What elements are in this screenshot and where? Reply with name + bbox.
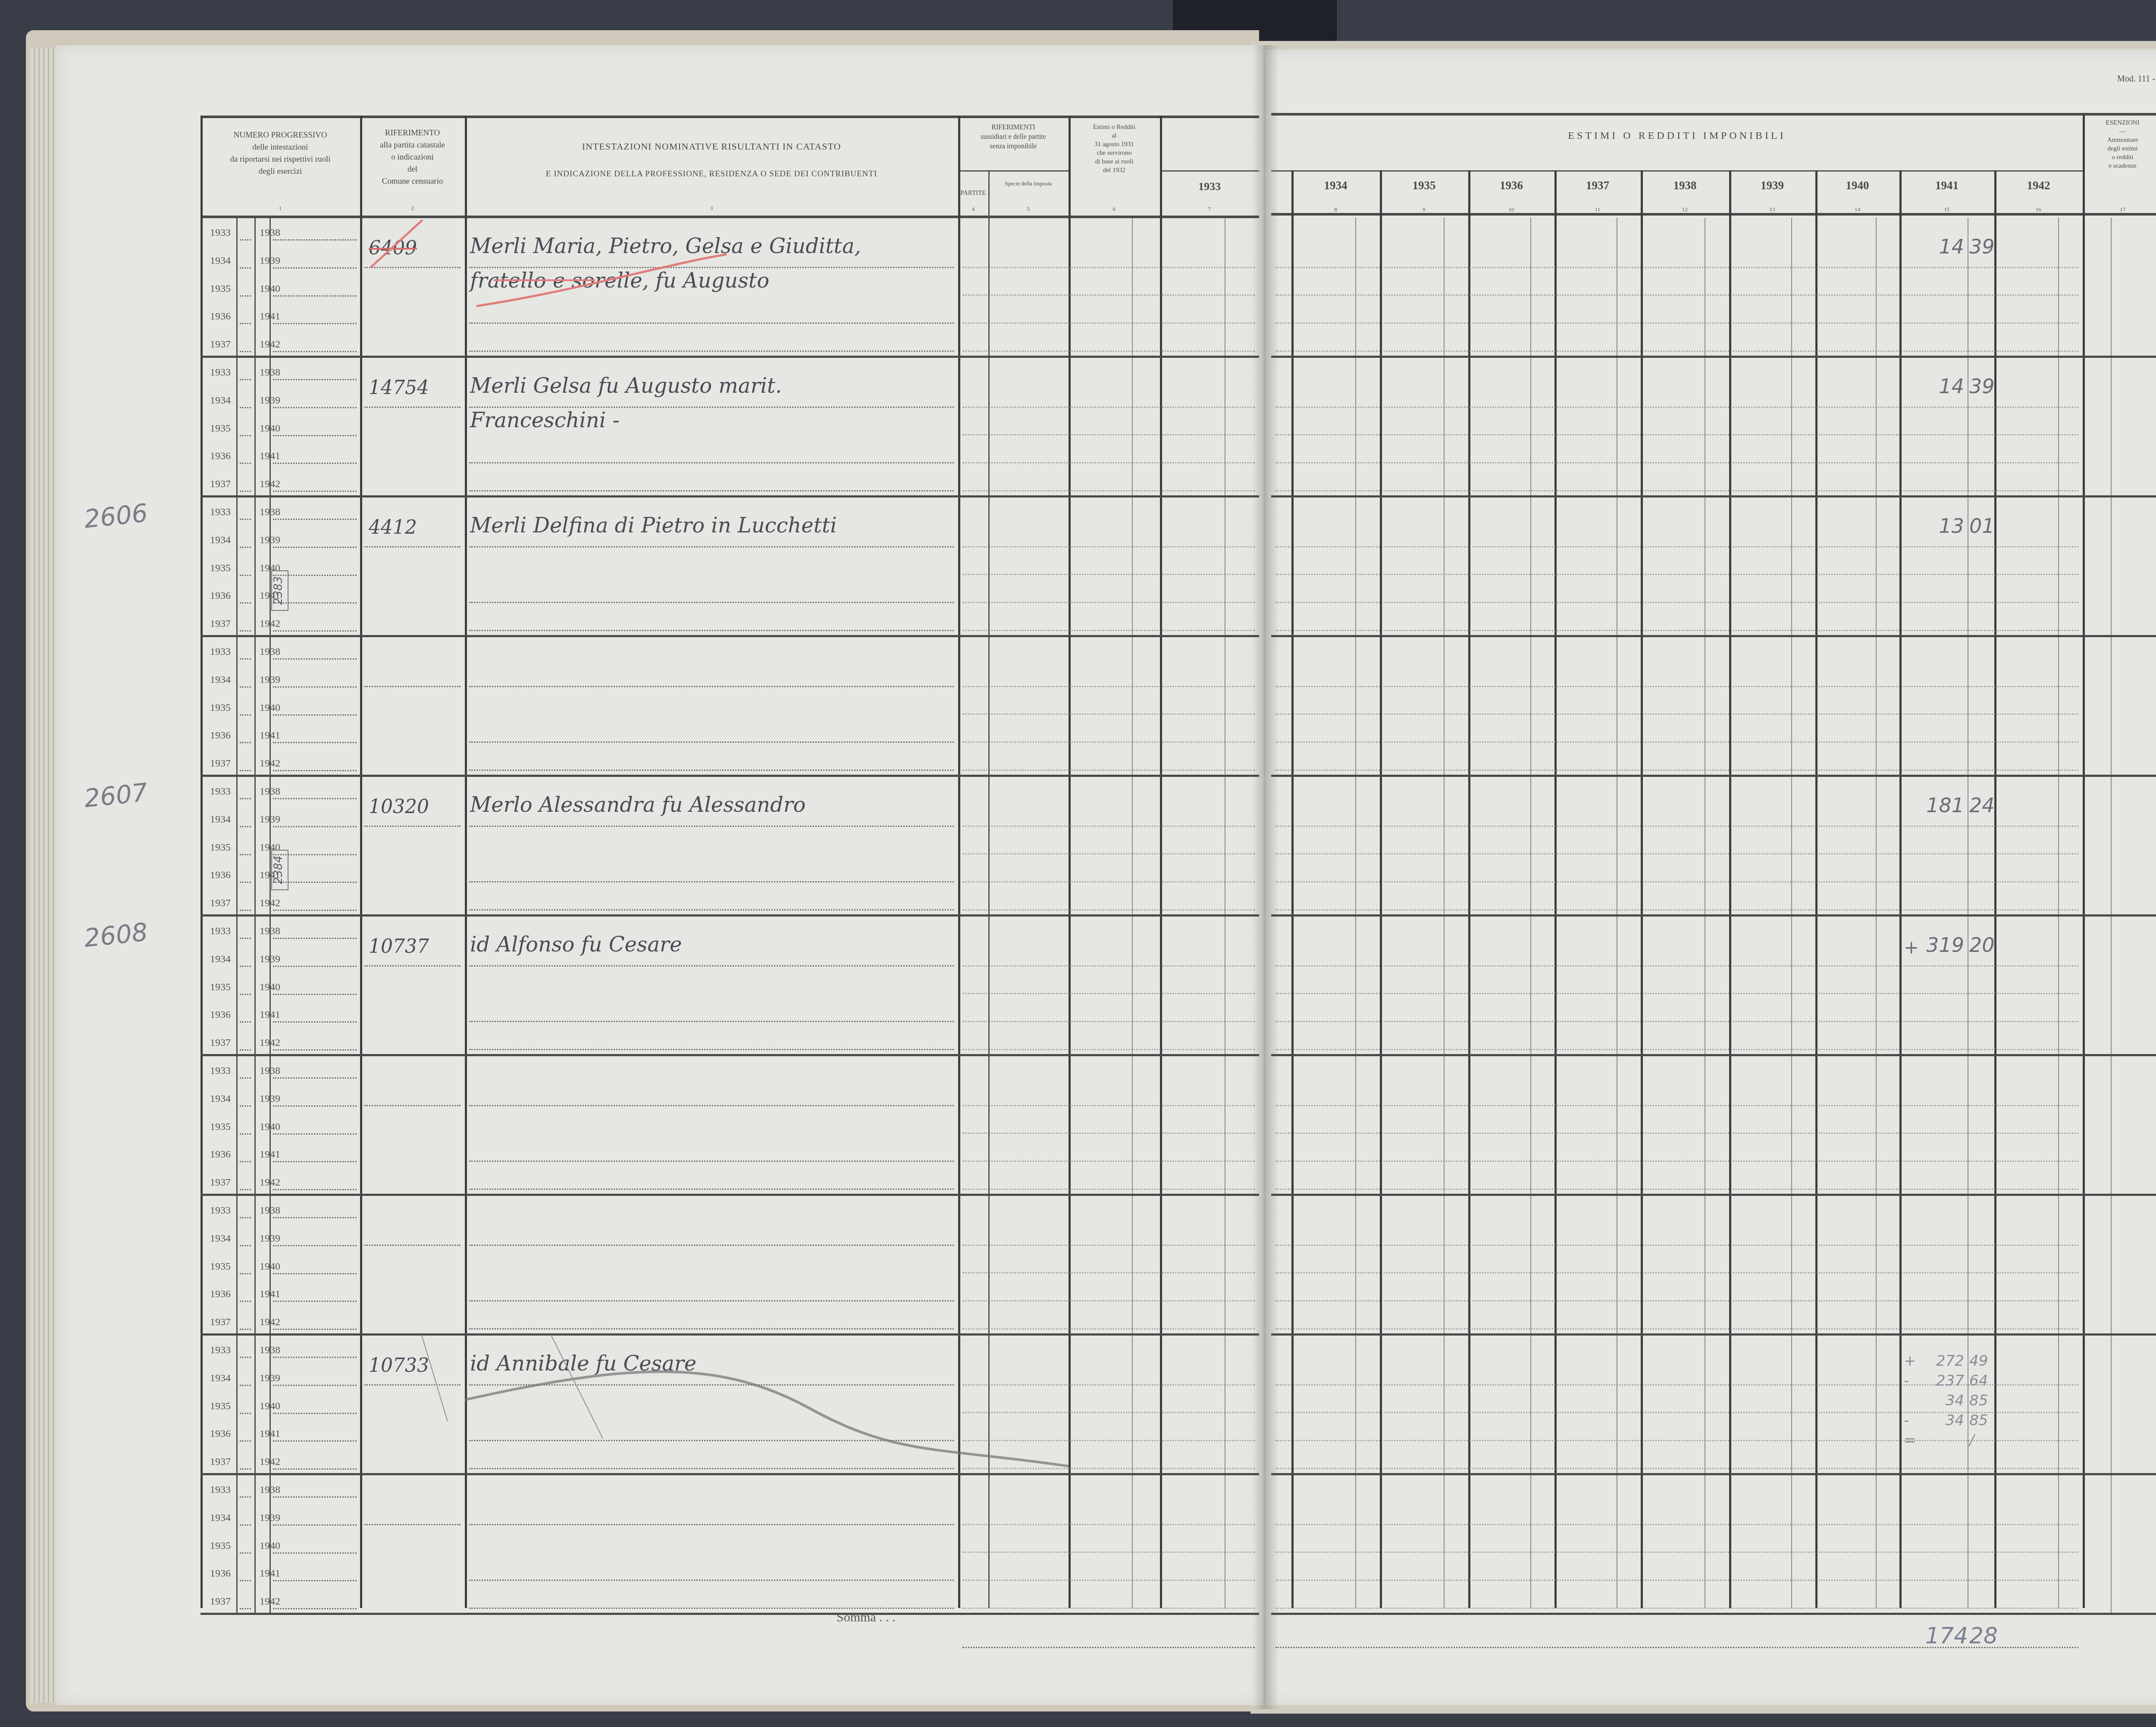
amount-writing-line	[962, 1161, 1255, 1162]
amount-1941-cents: 01	[1969, 514, 1995, 538]
year-label: 1938	[260, 926, 280, 937]
amount-writing-line	[1275, 713, 2078, 715]
year-dot-leader	[273, 351, 357, 352]
row-separator-right	[1271, 495, 2156, 497]
year-dot-leader	[240, 351, 251, 352]
year-label: 1942	[260, 618, 280, 630]
year-dot-leader	[273, 910, 357, 911]
amount-1941-lire: 14	[1925, 235, 1964, 258]
amount-writing-line	[962, 1105, 1255, 1106]
partita-number: 10733	[369, 1355, 429, 1377]
header-line: che servirono	[1069, 149, 1160, 157]
row-separator-right	[1271, 775, 2156, 777]
year-dot-leader	[273, 1049, 357, 1051]
amount-writing-line	[962, 407, 1255, 408]
year-label: 1934	[210, 814, 231, 826]
amount-writing-line	[1275, 1272, 2078, 1273]
year-label: 1937	[210, 1456, 231, 1468]
year-label: 1934	[210, 535, 231, 546]
header-year-1936: 1936	[1468, 179, 1554, 192]
partita-number: 14754	[369, 377, 429, 399]
amount-writing-line	[1275, 1245, 2078, 1246]
header-line: Ammontare	[2083, 136, 2156, 144]
header-line: del	[360, 163, 465, 175]
year-label: 1935	[210, 982, 231, 993]
year-dot-leader	[273, 1357, 357, 1358]
column-divider	[1899, 170, 1902, 1608]
year-label: 1940	[260, 423, 280, 435]
partita-writing-line	[364, 686, 461, 687]
row-separator	[201, 495, 1259, 497]
year-label: 1934	[210, 1233, 231, 1245]
year-dot-leader	[273, 1496, 357, 1498]
column-number: 8	[1291, 206, 1380, 213]
side-reference-number: 2383	[271, 570, 288, 611]
year-label: 1937	[210, 898, 231, 909]
cents-divider	[1968, 218, 1968, 1608]
partita-writing-line	[364, 407, 461, 408]
column-divider	[1468, 170, 1470, 1608]
calc-cents: 64	[1969, 1372, 1988, 1389]
year-label: 1936	[210, 311, 231, 322]
amount-writing-line	[962, 630, 1255, 631]
amount-1941-lire: 319	[1925, 933, 1964, 957]
header-esenzioni: ESENZIONI — Ammontaredegli estimio reddi…	[2083, 119, 2156, 170]
row-separator	[201, 1194, 1259, 1196]
column-number: 5	[988, 206, 1069, 213]
calc-lire: 272	[1923, 1352, 1964, 1370]
amount-writing-line	[1275, 1440, 2078, 1441]
year-dot-leader	[240, 1021, 251, 1023]
year-dot-leader	[273, 1580, 357, 1581]
header-estimi-imponibili: ESTIMI O REDDITI IMPONIBILI	[1271, 129, 2083, 142]
year-label: 1939	[260, 1512, 280, 1524]
row-separator-right	[1271, 635, 2156, 637]
year-dot-leader	[240, 491, 251, 492]
amount-writing-line	[1275, 1300, 2078, 1302]
header-line: degli estimi	[2083, 144, 2156, 153]
year-label: 1942	[260, 1177, 280, 1189]
amount-1941-cents: 39	[1969, 375, 1995, 398]
name-writing-line	[469, 462, 954, 463]
header-specie-imposta: Specie della Imposta	[988, 180, 1069, 187]
name-writing-line	[469, 1105, 954, 1106]
year-dot-leader	[273, 1133, 357, 1135]
year-label: 1933	[210, 1345, 231, 1356]
header-line: 31 agosto 1931	[1069, 140, 1160, 149]
row-separator	[201, 1054, 1259, 1056]
row-separator-right	[1271, 1054, 2156, 1056]
year-label: 1935	[210, 283, 231, 295]
amount-writing-line	[962, 1328, 1255, 1330]
amount-writing-line	[1275, 1105, 2078, 1106]
cents-divider	[1705, 218, 1705, 1608]
year-dot-leader	[273, 491, 357, 492]
year-dot-leader	[240, 519, 251, 520]
amount-writing-line	[1275, 267, 2078, 268]
year-label: 1936	[210, 1568, 231, 1580]
cents-divider	[1791, 218, 1792, 1608]
year-label: 1936	[210, 1009, 231, 1021]
amount-writing-line	[1275, 1552, 2078, 1553]
header-line: degli esercizi	[201, 166, 360, 178]
year-label: 1942	[260, 758, 280, 770]
column-divider	[201, 116, 203, 1608]
column-number: 6	[1069, 206, 1160, 213]
year-dot-leader	[240, 658, 251, 660]
name-writing-line	[469, 630, 954, 631]
amount-writing-line	[962, 1552, 1255, 1553]
amount-writing-line	[962, 546, 1255, 548]
year-label: 1935	[210, 842, 231, 854]
year-dot-leader	[273, 1077, 357, 1079]
amount-writing-line	[1275, 909, 2078, 910]
taxpayer-name-continued: Franceschini -	[470, 408, 620, 432]
year-dot-leader	[273, 1440, 357, 1442]
year-label: 1937	[210, 1037, 231, 1049]
right-page	[1266, 50, 2156, 1705]
column-number: 11	[1554, 206, 1641, 213]
year-dot-leader	[240, 435, 251, 436]
column-number: 14	[1815, 206, 1899, 213]
somma-1941-lire: 174	[1925, 1623, 1964, 1649]
column-number: 4	[958, 206, 988, 213]
side-reference-number: 2384	[271, 850, 288, 890]
year-label: 1939	[260, 814, 280, 826]
year-label: 1941	[260, 1149, 280, 1161]
year-dot-leader	[240, 630, 251, 632]
header-year-1937: 1937	[1554, 179, 1641, 192]
amount-writing-line	[962, 490, 1255, 491]
header-title: NUMERO PROGRESSIVO	[201, 129, 360, 141]
year-dot-leader	[273, 1021, 357, 1023]
name-writing-line	[469, 546, 954, 548]
row-separator	[201, 635, 1259, 637]
cents-divider	[2058, 218, 2059, 1608]
year-label: 1938	[260, 646, 280, 658]
header-line: di base ai ruoli	[1069, 157, 1160, 166]
name-writing-line	[469, 1524, 954, 1525]
amount-writing-line	[1275, 546, 2078, 548]
year-label: 1933	[210, 1065, 231, 1077]
year-dot-leader	[273, 1105, 357, 1107]
amount-writing-line	[962, 993, 1255, 994]
header-title: RIFERIMENTI	[958, 123, 1069, 132]
name-writing-line	[469, 965, 954, 967]
amount-writing-line	[962, 322, 1255, 324]
year-dot-leader	[273, 267, 357, 269]
year-dot-leader	[240, 575, 251, 576]
year-label: 1938	[260, 786, 280, 798]
header-bottom-rule-right	[1271, 213, 2156, 216]
amount-writing-line	[962, 1021, 1255, 1022]
header-riferimento: RIFERIMENTO alla partita catastaleo indi…	[360, 127, 465, 188]
name-writing-line	[469, 1161, 954, 1162]
amount-writing-line	[962, 462, 1255, 463]
year-dot-leader	[240, 1385, 251, 1386]
year-label: 1938	[260, 1345, 280, 1356]
name-writing-line	[469, 826, 954, 827]
amount-writing-line	[1275, 1049, 2078, 1050]
somma-1941-cents: 28	[1969, 1623, 1998, 1649]
name-writing-line	[469, 1021, 954, 1022]
year-dot-leader	[240, 686, 251, 688]
amount-writing-line	[1275, 574, 2078, 575]
year-label: 1941	[260, 451, 280, 462]
row-separator-right	[1271, 1473, 2156, 1475]
name-writing-line	[469, 1580, 954, 1581]
somma-line	[962, 1647, 1255, 1648]
year-label: 1933	[210, 507, 231, 518]
cents-divider	[1530, 218, 1531, 1608]
amount-1941-lire: 181	[1925, 794, 1964, 817]
year-label: 1935	[210, 563, 231, 574]
year-dot-leader	[240, 1329, 251, 1330]
amount-writing-line	[1275, 741, 2078, 743]
year-label: 1938	[260, 227, 280, 239]
calc-cents: 85	[1969, 1412, 1988, 1429]
amount-writing-line	[1275, 462, 2078, 463]
calc-sign: +	[1904, 1352, 1916, 1370]
cents-divider	[1876, 218, 1877, 1608]
cents-divider	[1225, 218, 1225, 1608]
amount-writing-line	[1275, 490, 2078, 491]
year-label: 1936	[210, 451, 231, 462]
year-label: 1937	[210, 758, 231, 770]
amount-writing-line	[962, 1133, 1255, 1134]
amount-1941-lire: 13	[1925, 514, 1964, 538]
header-title: ESENZIONI	[2083, 119, 2156, 127]
year-dot-leader	[240, 1273, 251, 1274]
year-dot-leader	[273, 658, 357, 660]
year-dot-leader	[273, 295, 357, 297]
header-title: RIFERIMENTO	[360, 127, 465, 139]
calc-cents: /	[1969, 1432, 1974, 1449]
header-split-rule-right	[1271, 170, 2083, 172]
column-number: 3	[465, 205, 958, 212]
year-label: 1933	[210, 646, 231, 658]
year-label: 1939	[260, 954, 280, 965]
row-separator	[201, 775, 1259, 777]
year-dot-leader	[240, 323, 251, 324]
year-label: 1934	[210, 395, 231, 407]
year-dot-leader	[240, 1357, 251, 1358]
year-label: 1933	[210, 786, 231, 798]
year-dot-leader	[240, 854, 251, 855]
year-dot-leader	[273, 239, 357, 241]
year-dot-leader	[273, 714, 357, 716]
amount-writing-line	[1275, 1189, 2078, 1190]
header-year-1935: 1935	[1380, 179, 1468, 192]
year-label: 1935	[210, 1401, 231, 1412]
year-label: 1937	[210, 479, 231, 490]
column-number: 7	[1160, 206, 1259, 213]
amount-writing-line	[1275, 407, 2078, 408]
amount-writing-line	[962, 1272, 1255, 1273]
year-dot-leader	[240, 1245, 251, 1246]
header-line: Estimi o Redditi	[1069, 123, 1160, 131]
partita-writing-line	[364, 1245, 461, 1246]
calc-sign: =	[1904, 1432, 1916, 1449]
amount-writing-line	[962, 713, 1255, 715]
year-dot-leader	[273, 1161, 357, 1162]
column-number: 1	[201, 205, 360, 212]
column-number: 13	[1729, 206, 1815, 213]
year-label: 1939	[260, 1373, 280, 1384]
header-intestazioni-subtitle: E INDICAZIONE DELLA PROFESSIONE, RESIDEN…	[465, 168, 958, 180]
year-label: 1936	[210, 1428, 231, 1440]
year-dot-leader	[240, 1413, 251, 1414]
header-numero-progressivo: NUMERO PROGRESSIVO delle intestazionida …	[201, 129, 360, 178]
header-line: sussidiari e delle partite	[958, 132, 1069, 142]
name-writing-line	[469, 881, 954, 882]
amount-writing-line	[1275, 1468, 2078, 1469]
amount-writing-line	[962, 1524, 1255, 1525]
year-label: 1934	[210, 1512, 231, 1524]
year-label: 1941	[260, 1568, 280, 1580]
year-dot-leader	[240, 1133, 251, 1135]
year-dot-leader	[273, 547, 357, 548]
year-label: 1942	[260, 898, 280, 909]
amount-writing-line	[1275, 350, 2078, 352]
amount-writing-line	[1275, 434, 2078, 435]
year-dot-leader	[273, 1413, 357, 1414]
year-dot-leader	[240, 1552, 251, 1554]
name-writing-line	[469, 1245, 954, 1246]
year-label: 1938	[260, 1205, 280, 1217]
column-divider	[1994, 170, 1996, 1608]
name-writing-line	[469, 490, 954, 491]
year-dot-leader	[240, 1301, 251, 1302]
year-label: 1942	[260, 1456, 280, 1468]
name-writing-line	[469, 909, 954, 910]
year-dot-leader	[273, 463, 357, 464]
year-label: 1935	[210, 702, 231, 714]
year-label: 1938	[260, 507, 280, 518]
year-label: 1936	[210, 590, 231, 602]
year-label: 1938	[260, 1065, 280, 1077]
year-label: 1941	[260, 1289, 280, 1300]
year-dot-leader	[240, 1105, 251, 1107]
year-label: 1936	[210, 1149, 231, 1161]
header-intestazioni: INTESTAZIONI NOMINATIVE RISULTANTI IN CA…	[465, 140, 958, 153]
year-dot-leader	[273, 826, 357, 827]
taxpayer-name: Merli Delfina di Pietro in Lucchetti	[470, 513, 837, 538]
header-year-1934: 1934	[1291, 179, 1380, 192]
year-dot-leader	[273, 379, 357, 380]
year-dot-leader	[240, 966, 251, 967]
name-writing-line	[469, 686, 954, 687]
year-label: 1942	[260, 479, 280, 490]
row-separator-right	[1271, 914, 2156, 917]
year-label: 1937	[210, 339, 231, 350]
amount-writing-line	[962, 574, 1255, 575]
year-label: 1937	[210, 1596, 231, 1608]
year-label: 1935	[210, 1540, 231, 1552]
year-dot-leader	[273, 1329, 357, 1330]
partita-writing-line	[364, 546, 461, 548]
cents-divider	[1132, 218, 1133, 1608]
header-line: o redditi	[2083, 153, 2156, 162]
header-partite: PARTITE	[958, 190, 988, 197]
year-dot-leader	[240, 1496, 251, 1498]
amount-1941-cents: 24	[1969, 794, 1995, 817]
partita-writing-line	[364, 1524, 461, 1525]
year-label: 1935	[210, 423, 231, 435]
year-dot-leader	[240, 742, 251, 743]
year-label: 1940	[260, 1121, 280, 1133]
amount-writing-line	[1275, 881, 2078, 882]
form-label: Mod. 111 - Imposte Dirette (Intercalare)…	[2117, 74, 2156, 84]
year-dot-leader	[273, 519, 357, 520]
amount-writing-line	[962, 741, 1255, 743]
year-label: 1939	[260, 1233, 280, 1245]
year-label: 1939	[260, 674, 280, 686]
year-dot-leader	[273, 1245, 357, 1246]
name-writing-line	[469, 741, 954, 743]
year-dot-leader	[273, 1301, 357, 1302]
cents-divider	[1617, 218, 1617, 1608]
row-separator	[201, 1613, 1259, 1615]
year-dot-leader	[240, 295, 251, 297]
row-separator-right	[1271, 1194, 2156, 1196]
amount-1941-lire: 14	[1925, 375, 1964, 398]
name-writing-line	[469, 1608, 954, 1609]
partita-number: 4412	[369, 516, 417, 538]
header-year-1939: 1939	[1729, 179, 1815, 192]
year-label: 1940	[260, 702, 280, 714]
name-writing-line	[469, 1189, 954, 1190]
year-dot-leader	[273, 1273, 357, 1274]
partita-writing-line	[364, 826, 461, 827]
partita-writing-line	[364, 965, 461, 967]
column-number: 15	[1899, 206, 1994, 213]
year-dot-leader	[240, 770, 251, 771]
header-year-1941: 1941	[1899, 179, 1994, 192]
amount-writing-line	[1275, 686, 2078, 687]
calc-cents: 85	[1969, 1392, 1988, 1409]
year-label: 1940	[260, 982, 280, 993]
partita-number: 10737	[369, 935, 429, 957]
amount-writing-line	[962, 1189, 1255, 1190]
amount-writing-line	[962, 1245, 1255, 1246]
year-dot-leader	[273, 770, 357, 771]
year-dot-leader	[240, 938, 251, 939]
year-dot-leader	[240, 1077, 251, 1079]
amount-writing-line	[962, 826, 1255, 827]
year-label: 1942	[260, 1317, 280, 1328]
calc-cents: 49	[1969, 1352, 1988, 1370]
year-label: 1936	[210, 1289, 231, 1300]
year-dot-leader	[273, 938, 357, 939]
year-label: 1940	[260, 1261, 280, 1273]
year-label: 1941	[260, 1428, 280, 1440]
year-dot-leader	[240, 910, 251, 911]
amount-writing-line	[1275, 1021, 2078, 1022]
year-dot-leader	[273, 1552, 357, 1554]
year-label: 1933	[210, 367, 231, 379]
header-line: delle intestazioni	[201, 141, 360, 153]
column-number: 10	[1468, 206, 1554, 213]
year-dot-leader	[273, 630, 357, 632]
year-dot-leader	[273, 798, 357, 799]
amount-writing-line	[962, 602, 1255, 603]
header-dash: —	[2083, 127, 2156, 136]
header-estimi-1931: Estimi o Redditial31 agosto 1931che serv…	[1069, 123, 1160, 175]
year-dot-leader	[240, 547, 251, 548]
amount-writing-line	[1275, 294, 2078, 296]
header-line: da riportarsi nei rispettivi ruoli	[201, 153, 360, 166]
